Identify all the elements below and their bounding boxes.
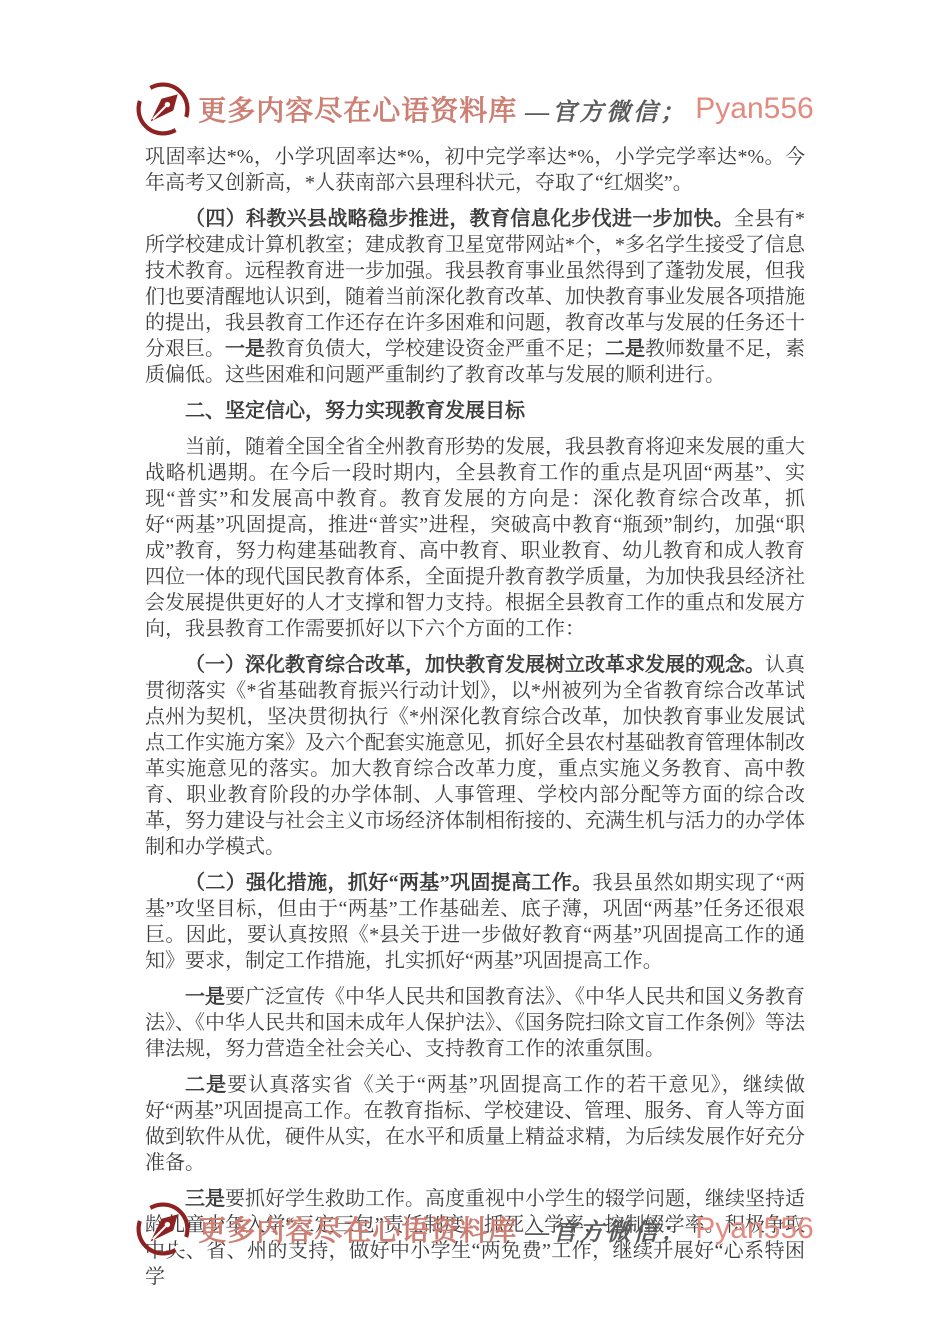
footer-watermark-container: 更多内容尽在心语资料库 —官方微信； Pyan556 (0, 1200, 950, 1258)
watermark-wechat-id: Pyan556 (695, 1212, 813, 1246)
bold-text-run: （四）科教兴县战略稳步推进，教育信息化步伐进一步加快。 (185, 208, 734, 230)
paragraph: （二）强化措施，抓好“两基”巩固提高工作。我县虽然如期实现了“两基”攻坚目标，但… (145, 870, 805, 974)
watermark-wechat-label: —官方微信； (525, 92, 687, 127)
text-run: 当前，随着全国全省全州教育形势的发展，我县教育将迎来发展的重大战略机遇期。在今后… (145, 436, 805, 640)
watermark-wechat-label: —官方微信； (525, 1212, 687, 1247)
bold-text-run: 二是 (605, 338, 645, 360)
paragraph: （四）科教兴县战略稳步推进，教育信息化步伐进一步加快。全县有*所学校建成计算机教… (145, 206, 805, 388)
document-body: 巩固率达*%，小学巩固率达*%，初中完学率达*%，小学完学率达*%。今年高考又创… (145, 144, 805, 1290)
text-run: 认真贯彻落实《*省基础教育振兴行动计划》，以*州被列为全省教育综合改革试点州为契… (145, 654, 805, 858)
document-page: 更多内容尽在心语资料库 —官方微信； Pyan556 巩固率达*%，小学巩固率达… (0, 0, 950, 1290)
paragraph: 当前，随着全国全省全州教育形势的发展，我县教育将迎来发展的重大战略机遇期。在今后… (145, 434, 805, 642)
text-run: 巩固率达*%，小学巩固率达*%，初中完学率达*%，小学完学率达*%。今年高考又创… (145, 146, 805, 194)
paragraph: 一是要广泛宣传《中华人民共和国教育法》、《中华人民共和国义务教育法》、《中华人民… (145, 984, 805, 1062)
bold-text-run: （二）强化措施，抓好“两基”巩固提高工作。 (185, 872, 593, 894)
paragraph: 巩固率达*%，小学巩固率达*%，初中完学率达*%，小学完学率达*%。今年高考又创… (145, 144, 805, 196)
pen-logo-icon (136, 1202, 190, 1256)
bold-text-run: 二、坚定信心，努力实现教育发展目标 (185, 400, 525, 422)
footer-watermark: 更多内容尽在心语资料库 —官方微信； Pyan556 (0, 1200, 950, 1258)
watermark-brand-text: 更多内容尽在心语资料库 (198, 1209, 517, 1249)
header-watermark: 更多内容尽在心语资料库 —官方微信； Pyan556 (145, 80, 805, 138)
section-heading: 二、坚定信心，努力实现教育发展目标 (145, 398, 805, 424)
watermark-wechat-id: Pyan556 (695, 92, 813, 126)
bold-text-run: 一是 (185, 986, 225, 1008)
watermark-brand-text: 更多内容尽在心语资料库 (198, 89, 517, 129)
paragraph: （一）深化教育综合改革，加快教育发展树立改革求发展的观念。认真贯彻落实《*省基础… (145, 652, 805, 860)
bold-text-run: 二是 (185, 1074, 227, 1096)
paragraph: 二是要认真落实省《关于“两基”巩固提高工作的若干意见》，继续做好“两基”巩固提高… (145, 1072, 805, 1176)
bold-text-run: 一是 (225, 338, 265, 360)
pen-logo-icon (136, 82, 190, 136)
text-run: 要认真落实省《关于“两基”巩固提高工作的若干意见》，继续做好“两基”巩固提高工作… (145, 1074, 805, 1174)
text-run: 教育负债大，学校建设资金严重不足； (265, 338, 605, 360)
text-run: 要广泛宣传《中华人民共和国教育法》、《中华人民共和国义务教育法》、《中华人民共和… (145, 986, 805, 1060)
bold-text-run: （一）深化教育综合改革，加快教育发展树立改革求发展的观念。 (185, 654, 765, 676)
